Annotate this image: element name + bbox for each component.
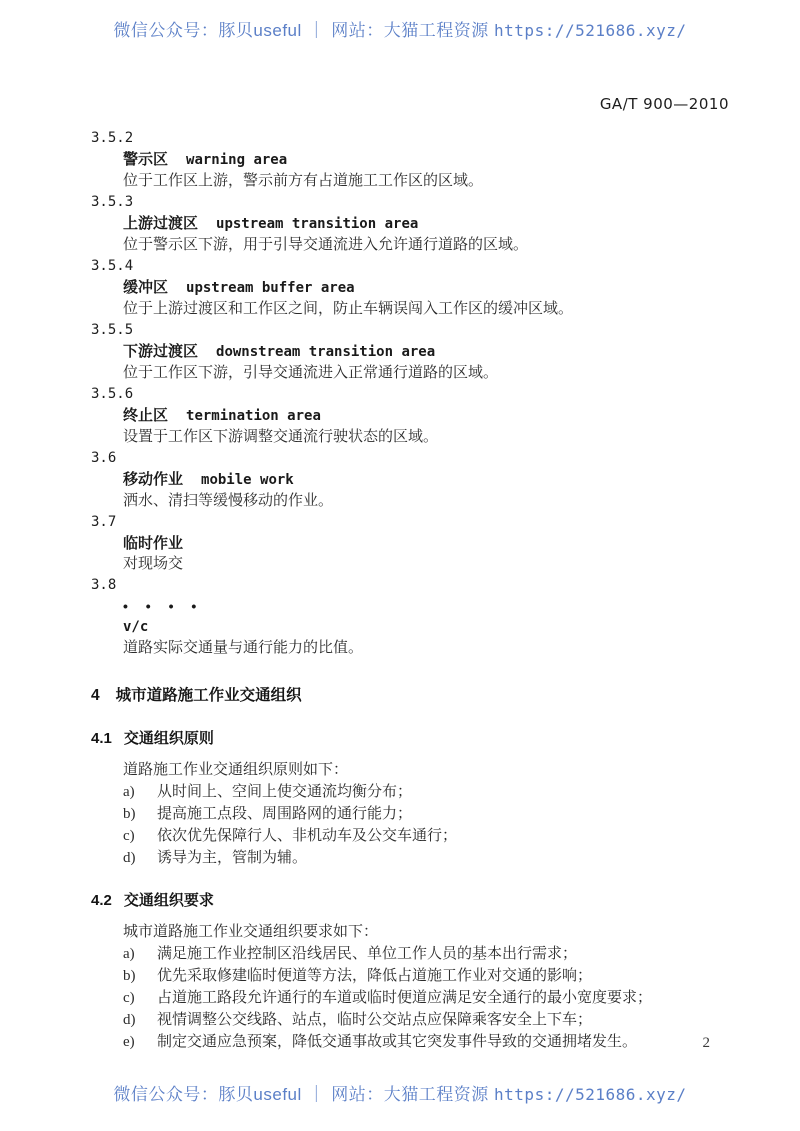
list-item-label: d)	[123, 847, 157, 869]
list-item-label: b)	[123, 803, 157, 825]
list-item-label: a)	[123, 943, 157, 965]
term-definition: 位于警示区下游，用于引导交通流进入允许通行道路的区域。	[91, 235, 730, 256]
section-4: 4城市道路施工作业交通组织4.1交通组织原则道路施工作业交通组织原则如下：a)从…	[91, 685, 730, 1053]
top-banner: 微信公众号：豚贝useful｜网站：大猫工程资源 https://521686.…	[0, 16, 800, 41]
term-block: 3.5.3上游过渡区upstream transition area位于警示区下…	[91, 192, 730, 256]
term-en: termination area	[186, 408, 321, 424]
term-line: 终止区termination area	[91, 405, 730, 427]
clause-number: 3.5.3	[91, 192, 730, 213]
term-symbol: v/c	[91, 617, 730, 638]
list-item-text: 满足施工作业控制区沿线居民、单位工作人员的基本出行需求；	[157, 943, 730, 965]
clause-number: 3.6	[91, 448, 730, 469]
wechat-label: 微信公众号：豚贝useful	[113, 1085, 301, 1104]
site-url-link[interactable]: https://521686.xyz/	[494, 21, 687, 40]
term-zh: 下游过渡区	[123, 343, 198, 360]
term-zh: 移动作业	[123, 471, 183, 488]
list-item-text: 视情调整公交线路、站点，临时公交站点应保障乘客安全上下车；	[157, 1009, 730, 1031]
section-heading: 4城市道路施工作业交通组织	[91, 685, 730, 707]
section-number: 4	[91, 687, 100, 704]
term-definition: 洒水、清扫等缓慢移动的作业。	[91, 491, 730, 512]
list-item-label: a)	[123, 781, 157, 803]
term-en: mobile work	[201, 472, 294, 488]
site-label: 网站：大猫工程资源	[331, 1085, 489, 1104]
clause-number: 3.5.4	[91, 256, 730, 277]
site-url-link[interactable]: https://521686.xyz/	[494, 1085, 687, 1104]
term-line: • • • •	[91, 596, 730, 617]
term-line: 移动作业mobile work	[91, 469, 730, 491]
term-definition: 位于上游过渡区和工作区之间，防止车辆误闯入工作区的缓冲区域。	[91, 299, 730, 320]
subsection-number: 4.2	[91, 892, 112, 909]
term-zh: 缓冲区	[123, 279, 168, 296]
list-item: e)制定交通应急预案，降低交通事故或其它突发事件导致的交通拥堵发生。	[91, 1031, 730, 1053]
section-title: 城市道路施工作业交通组织	[116, 687, 302, 704]
clause-number: 3.5.2	[91, 128, 730, 149]
term-definition: 位于工作区上游，警示前方有占道施工工作区的区域。	[91, 171, 730, 192]
term-definition: 位于工作区下游，引导交通流进入正常通行道路的区域。	[91, 363, 730, 384]
document-page: 微信公众号：豚贝useful｜网站：大猫工程资源 https://521686.…	[0, 0, 800, 1131]
list-item: b)优先采取修建临时便道等方法，降低占道施工作业对交通的影响；	[91, 965, 730, 987]
list-item: c)依次优先保障行人、非机动车及公交车通行；	[91, 825, 730, 847]
term-line: 上游过渡区upstream transition area	[91, 213, 730, 235]
list-item-label: d)	[123, 1009, 157, 1031]
term-en: downstream transition area	[216, 344, 435, 360]
subsection-title: 交通组织原则	[124, 730, 214, 747]
term-block: 3.5.4缓冲区upstream buffer area位于上游过渡区和工作区之…	[91, 256, 730, 320]
list-item: d)视情调整公交线路、站点，临时公交站点应保障乘客安全上下车；	[91, 1009, 730, 1031]
list-item-text: 诱导为主，管制为辅。	[157, 847, 730, 869]
list-item: d)诱导为主，管制为辅。	[91, 847, 730, 869]
term-line: 临时作业	[91, 533, 730, 554]
banner-separator: ｜	[308, 1085, 326, 1104]
document-content: 3.5.2警示区warning area位于工作区上游，警示前方有占道施工工作区…	[91, 128, 730, 1053]
term-line: 缓冲区upstream buffer area	[91, 277, 730, 299]
term-definition: 对现场交	[91, 554, 730, 575]
term-block: 3.6移动作业mobile work洒水、清扫等缓慢移动的作业。	[91, 448, 730, 512]
list-item: c)占道施工路段允许通行的车道或临时便道应满足安全通行的最小宽度要求；	[91, 987, 730, 1009]
list-item-text: 占道施工路段允许通行的车道或临时便道应满足安全通行的最小宽度要求；	[157, 987, 730, 1009]
subsection-number: 4.1	[91, 730, 112, 747]
subsection-intro: 城市道路施工作业交通组织要求如下：	[91, 921, 730, 943]
term-line: 下游过渡区downstream transition area	[91, 341, 730, 363]
list-item-text: 优先采取修建临时便道等方法，降低占道施工作业对交通的影响；	[157, 965, 730, 987]
term-zh: 上游过渡区	[123, 215, 198, 232]
clause-number: 3.5.5	[91, 320, 730, 341]
list-item-label: e)	[123, 1031, 157, 1053]
clause-number: 3.8	[91, 575, 730, 596]
list-item: a)从时间上、空间上使交通流均衡分布；	[91, 781, 730, 803]
term-zh: 终止区	[123, 407, 168, 424]
term-block: 3.5.2警示区warning area位于工作区上游，警示前方有占道施工工作区…	[91, 128, 730, 192]
term-block: 3.7临时作业对现场交	[91, 512, 730, 575]
list-item-label: c)	[123, 987, 157, 1009]
term-line: 警示区warning area	[91, 149, 730, 171]
term-zh: 临时作业	[123, 535, 183, 552]
term-en: upstream buffer area	[186, 280, 355, 296]
terms-list: 3.5.2警示区warning area位于工作区上游，警示前方有占道施工工作区…	[91, 128, 730, 659]
list-item-text: 从时间上、空间上使交通流均衡分布；	[157, 781, 730, 803]
list-item-label: c)	[123, 825, 157, 847]
page-number: 2	[703, 1035, 711, 1052]
list-item-label: b)	[123, 965, 157, 987]
subsection-intro: 道路施工作业交通组织原则如下：	[91, 759, 730, 781]
term-block: 3.8• • • •v/c道路实际交通量与通行能力的比值。	[91, 575, 730, 659]
clause-number: 3.5.6	[91, 384, 730, 405]
doc-code: GA/T 900—2010	[600, 95, 729, 113]
subsection-heading: 4.2交通组织要求	[91, 890, 730, 912]
list-item: b)提高施工点段、周围路网的通行能力；	[91, 803, 730, 825]
clause-number: 3.7	[91, 512, 730, 533]
subsection-title: 交通组织要求	[124, 892, 214, 909]
term-definition: 道路实际交通量与通行能力的比值。	[91, 638, 730, 659]
site-label: 网站：大猫工程资源	[331, 21, 489, 40]
list-item-text: 提高施工点段、周围路网的通行能力；	[157, 803, 730, 825]
list-item-text: 依次优先保障行人、非机动车及公交车通行；	[157, 825, 730, 847]
list-item: a)满足施工作业控制区沿线居民、单位工作人员的基本出行需求；	[91, 943, 730, 965]
term-block: 3.5.5下游过渡区downstream transition area位于工作…	[91, 320, 730, 384]
term-block: 3.5.6终止区termination area设置于工作区下游调整交通流行驶状…	[91, 384, 730, 448]
banner-separator: ｜	[308, 21, 326, 40]
term-zh: 警示区	[123, 151, 168, 168]
term-en: upstream transition area	[216, 216, 418, 232]
term-en: warning area	[186, 152, 287, 168]
list-item-text: 制定交通应急预案，降低交通事故或其它突发事件导致的交通拥堵发生。	[157, 1031, 730, 1053]
bottom-banner: 微信公众号：豚贝useful｜网站：大猫工程资源 https://521686.…	[0, 1080, 800, 1105]
term-zh: • • • •	[123, 598, 203, 614]
wechat-label: 微信公众号：豚贝useful	[113, 21, 301, 40]
term-definition: 设置于工作区下游调整交通流行驶状态的区域。	[91, 427, 730, 448]
subsection-heading: 4.1交通组织原则	[91, 728, 730, 750]
